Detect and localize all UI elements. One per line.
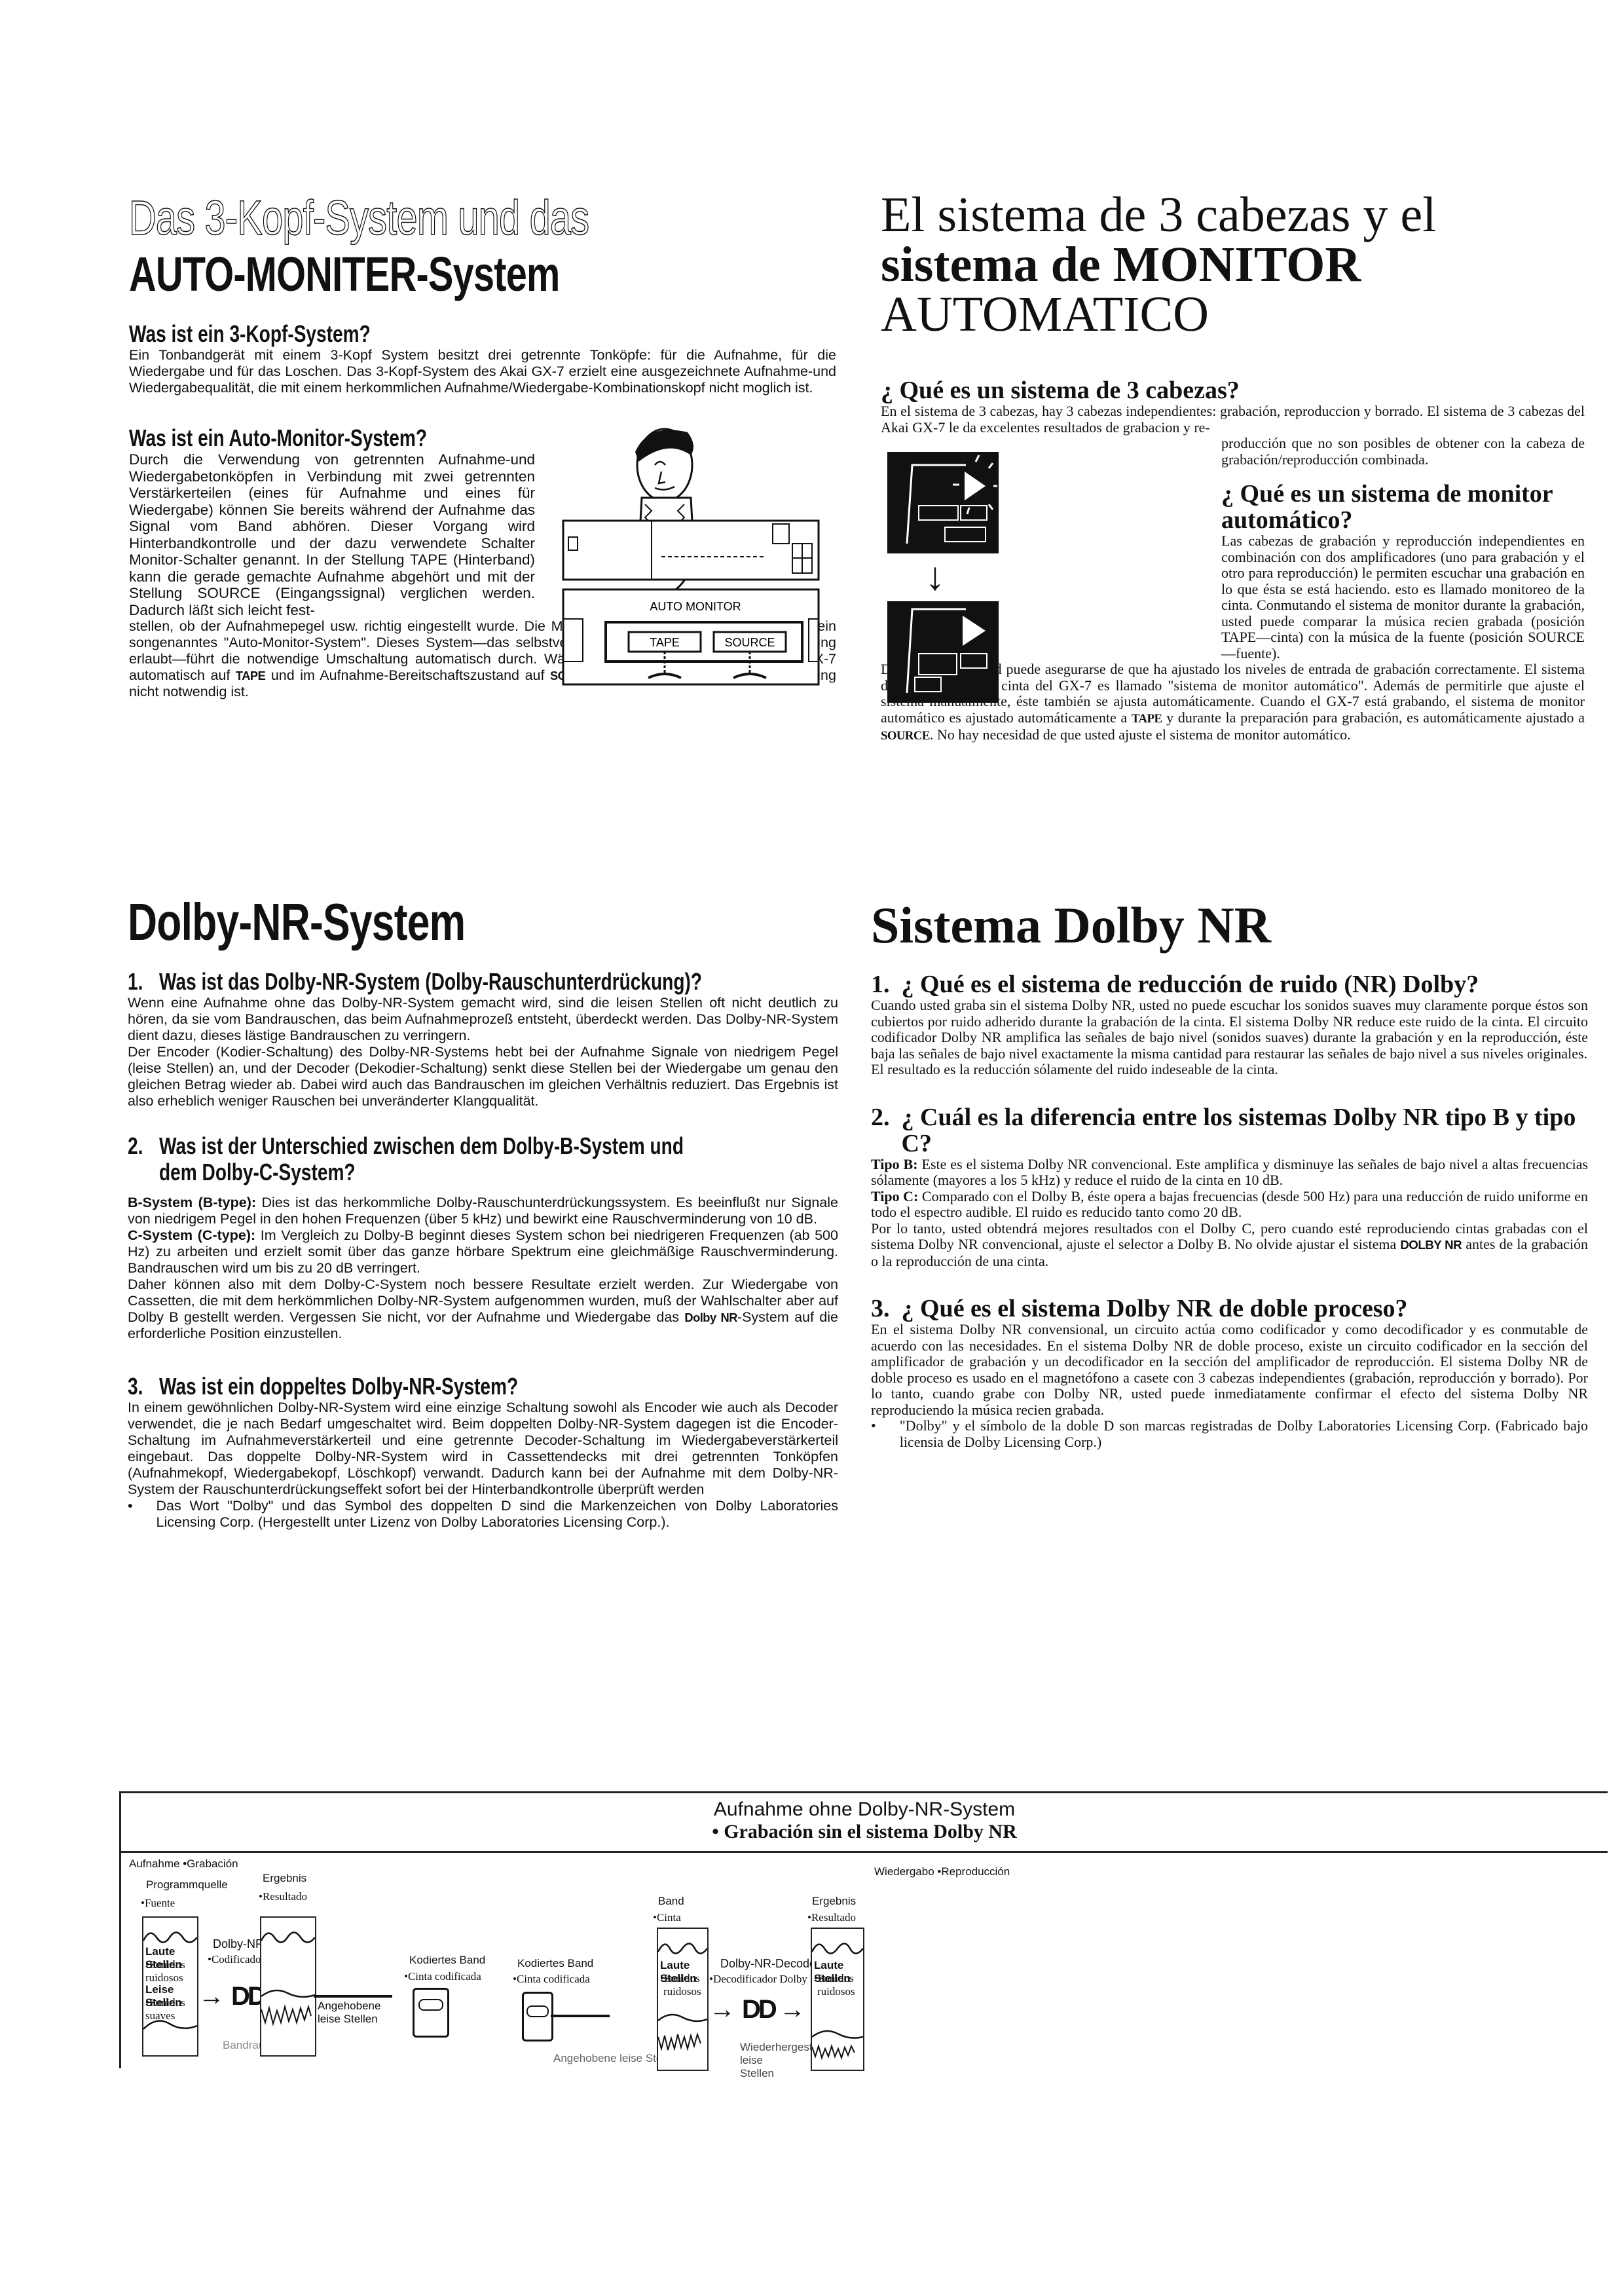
- loud-label-es: •Sonidos ruidosos: [145, 1958, 197, 1985]
- spanish-s1-heading: ¿ Qué es el sistema de reducción de ruid…: [902, 971, 1479, 997]
- german-dolby-title: Dolby-NR-System: [128, 894, 682, 950]
- encoded-result-box: [260, 1916, 316, 2057]
- german-q2-body-narrow: Durch die Verwendung von getrennten Aufn…: [129, 451, 535, 618]
- tape-label-es: •Cinta: [653, 1911, 681, 1924]
- monitor-display-illustration: ↓: [881, 452, 1116, 720]
- diagram-title-spanish: • Grabación sin el sistema Dolby NR: [121, 1821, 1608, 1843]
- german-s2-c-system: C-System (C-type): Im Vergleich zu Dolby…: [128, 1227, 838, 1277]
- spanish-s3-p1: En el sistema Dolby NR convensional, un …: [871, 1322, 1588, 1418]
- diagram-title-german: Aufnahme ohne Dolby-NR-System: [121, 1793, 1608, 1821]
- spanish-q2-text-2: y durante la preparación para grabación,…: [1166, 709, 1585, 726]
- spanish-s3-number: 3.: [871, 1296, 890, 1322]
- spanish-tipo-c-label: Tipo C:: [871, 1188, 918, 1204]
- spanish-s2-number: 2.: [871, 1104, 890, 1157]
- soft-label-es: •Sonidos suaves: [145, 1996, 197, 2023]
- down-arrow-icon: ↓: [925, 557, 945, 596]
- spanish-s1-p1: Cuando usted graba sin el sistema Dolby …: [871, 997, 1588, 1062]
- german-s2-heading: Was ist der Unterschied zwischen dem Dol…: [159, 1133, 689, 1185]
- signal-line-playback: [551, 2015, 610, 2017]
- german-s3-p1: In einem gewöhnlichen Dolby-NR-System wi…: [128, 1400, 838, 1498]
- decoder-label-es: •Decodificador Dolby NR: [709, 1973, 826, 1986]
- result-label-de: Ergebnis: [263, 1872, 306, 1885]
- raised-soft-label-de: Angehobene leise Stellen: [318, 2000, 383, 2026]
- final-loud-label-es-a: •Sonidos: [814, 1972, 854, 1985]
- spanish-title-line3: AUTOMATICO: [881, 289, 1585, 339]
- final-result-label-es: •Resultado: [807, 1911, 856, 1924]
- coded-tape-label-es: •Cinta codificada: [404, 1970, 481, 1983]
- german-q1-body: Ein Tonbandgerät mit einem 3-Kopf System…: [129, 347, 836, 396]
- man-at-deck-icon: AUTO MONITOR TAPE SOURCE: [557, 426, 832, 701]
- source-signal-box: Laute Stellen •Sonidos ruidosos Leise St…: [142, 1916, 198, 2057]
- german-trademark-footnote: • Das Wort "Dolby" und das Symbol des do…: [128, 1498, 838, 1531]
- spanish-s3-heading-row: 3. ¿ Qué es el sistema Dolby NR de doble…: [871, 1296, 1588, 1322]
- german-s2-number: 2.: [128, 1133, 143, 1185]
- tape-waveform-icon: [658, 1929, 707, 2070]
- tape-display-icon: [887, 601, 999, 703]
- final-waveform-icon: [812, 1929, 863, 2070]
- spanish-title-line2: sistema de MONITOR: [881, 240, 1585, 289]
- spanish-trademark-footnote: • "Dolby" y el símbolo de la doble D son…: [871, 1418, 1588, 1450]
- result-label-es: •Resultado: [259, 1890, 307, 1903]
- german-s2-p3: Daher können also mit dem Dolby-C-System…: [128, 1277, 838, 1342]
- german-b-system-label: B-System (B-type):: [128, 1195, 256, 1210]
- cassette-icon-record: [413, 1988, 449, 2038]
- recording-label: Aufnahme •Grabación: [129, 1857, 238, 1871]
- encoded-waveform-icon: [261, 1918, 315, 2055]
- coded-tape-label-de: Kodiertes Band: [409, 1954, 485, 1967]
- spanish-tipo-b-text: Este es el sistema Dolby NR convencional…: [871, 1156, 1588, 1189]
- source-label-de: Programmquelle: [146, 1878, 228, 1892]
- spanish-q2-text-3: . No hay necesidad de que usted ajuste e…: [930, 726, 1351, 743]
- german-dolby-section: Dolby-NR-System 1. Was ist das Dolby-NR-…: [128, 894, 838, 1531]
- spanish-tipo-c-text: Comparado con el Dolby B, éste opera a b…: [871, 1188, 1588, 1221]
- footnote-bullet: •: [871, 1418, 876, 1450]
- source-button-label: SOURCE: [724, 636, 775, 649]
- signal-line-record: [314, 1995, 392, 1998]
- spanish-s1-p2: El resultado es la reducción sólamente d…: [871, 1062, 1588, 1078]
- german-s3-heading: Was ist ein doppeltes Dolby-NR-System?: [159, 1373, 518, 1400]
- spanish-title-line1: El sistema de 3 cabezas y el: [881, 190, 1585, 240]
- dolby-recording-diagram: Aufnahme ohne Dolby-NR-System • Grabació…: [119, 1791, 1608, 2068]
- german-footnote-text: Das Wort "Dolby" und das Symbol des dopp…: [157, 1498, 838, 1531]
- spanish-footnote-text: "Dolby" y el símbolo de la doble D son m…: [900, 1418, 1588, 1450]
- spanish-s2-heading: ¿ Cuál es la diferencia entre los sistem…: [902, 1104, 1589, 1157]
- spanish-q2-heading: ¿ Qué es un sistema de monitor automátic…: [1221, 481, 1585, 533]
- tape-signal-box: Laute Stellen •Sonidos ruidosos: [657, 1928, 709, 2071]
- german-s2-b-system: B-System (B-type): Dies ist das herkomml…: [128, 1195, 838, 1227]
- auto-monitor-panel-label: AUTO MONITOR: [650, 600, 741, 613]
- source-label-es: •Fuente: [141, 1897, 175, 1910]
- spanish-tipo-b-label: Tipo B:: [871, 1156, 918, 1172]
- tape-loud-label-es-a: •Sonidos: [660, 1972, 700, 1985]
- spanish-dolby-nr-keyword: DOLBY NR: [1400, 1238, 1462, 1252]
- diagram-title-box: Aufnahme ohne Dolby-NR-System • Grabació…: [121, 1793, 1608, 1853]
- dolby-double-d-icon: DD: [231, 1990, 264, 2003]
- display-panel-top: [887, 452, 999, 553]
- spanish-keyword-source: SOURCE: [881, 729, 930, 743]
- final-result-box: Laute Stellen •Sonidos ruidosos: [811, 1928, 864, 2071]
- restored-soft-label-de: Wiederhergestellte leise Stellen: [740, 2041, 792, 2080]
- german-title-line1: Das 3-Kopf-System und das: [129, 190, 680, 246]
- german-c-system-label: C-System (C-type):: [128, 1227, 255, 1243]
- german-s1-p1: Wenn eine Aufnahme ohne das Dolby-NR-Sys…: [128, 995, 838, 1044]
- spanish-q2-body-narrow: Las cabezas de grabación y reproducción …: [1221, 533, 1585, 662]
- cassette-icon-playback: [522, 1992, 553, 2041]
- spanish-q1-body-wide: En el sistema de 3 cabezas, hay 3 cabeza…: [881, 403, 1585, 436]
- source-display-icon: [887, 452, 999, 553]
- footnote-bullet: •: [128, 1498, 133, 1531]
- spanish-s2-tipo-c: Tipo C: Comparado con el Dolby B, éste o…: [871, 1189, 1588, 1221]
- tape-loud-label-es-b: ruidosos: [663, 1985, 701, 1998]
- playback-label: Wiedergabo •Reproducción: [874, 1865, 1010, 1878]
- encoder-arrow-in: →: [198, 1990, 225, 2003]
- german-s3-heading-row: 3. Was ist ein doppeltes Dolby-NR-System…: [128, 1373, 838, 1400]
- german-s1-p2: Der Encoder (Kodier-Schaltung) des Dolby…: [128, 1044, 838, 1109]
- spanish-s2-tipo-b: Tipo B: Este es el sistema Dolby NR conv…: [871, 1157, 1588, 1189]
- decoder-arrow-out: →: [779, 2003, 805, 2016]
- spanish-dolby-title: Sistema Dolby NR: [871, 894, 1588, 957]
- german-title-line2: AUTO-MONITER-System: [129, 246, 680, 303]
- spanish-q1-heading: ¿ Qué es un sistema de 3 cabezas?: [881, 377, 1585, 403]
- spanish-s2-heading-row: 2. ¿ Cuál es la diferencia entre los sis…: [871, 1104, 1588, 1157]
- german-s1-heading: Was ist das Dolby-NR-System (Dolby-Rausc…: [159, 969, 702, 995]
- spanish-s3-heading: ¿ Qué es el sistema Dolby NR de doble pr…: [902, 1296, 1408, 1322]
- coded-tape-label-de-playback: Kodiertes Band: [517, 1957, 593, 1970]
- german-q1-heading: Was ist ein 3-Kopf-System?: [129, 321, 680, 347]
- spanish-s2-p3: Por lo tanto, usted obtendrá mejores res…: [871, 1221, 1588, 1270]
- german-keyword-tape: TAPE: [236, 669, 265, 682]
- german-q2-text-2: und im Aufnahme-Bereitschaftszustand auf: [271, 667, 545, 683]
- dolby-double-d-icon-decoder: DD: [742, 2003, 775, 2016]
- decoder-arrow-in: →: [709, 2003, 735, 2016]
- german-s3-number: 3.: [128, 1373, 143, 1400]
- german-dolby-nr-keyword: Dolby NR: [684, 1311, 737, 1324]
- coded-tape-label-es-playback: •Cinta codificada: [513, 1973, 590, 1986]
- german-s1-heading-row: 1. Was ist das Dolby-NR-System (Dolby-Ra…: [128, 969, 838, 995]
- display-panel-bottom: [887, 601, 999, 703]
- tape-button-label: TAPE: [650, 636, 680, 649]
- cassette-deck-illustration: AUTO MONITOR TAPE SOURCE: [557, 426, 832, 701]
- spanish-q1-body-narrow: producción que no son posibles de obtene…: [1221, 436, 1585, 468]
- decoder-label-de: Dolby-NR-Decoder: [720, 1957, 820, 1970]
- tape-label-de: Band: [658, 1895, 684, 1908]
- final-result-label-de: Ergebnis: [812, 1895, 856, 1908]
- spanish-dolby-section: Sistema Dolby NR 1. ¿ Qué es el sistema …: [871, 894, 1588, 1450]
- spanish-s1-number: 1.: [871, 971, 890, 997]
- final-loud-label-es-b: ruidosos: [817, 1985, 855, 1998]
- german-s1-number: 1.: [128, 969, 143, 995]
- german-s2-heading-row: 2. Was ist der Unterschied zwischen dem …: [128, 1133, 838, 1185]
- spanish-keyword-tape: TAPE: [1132, 712, 1162, 726]
- spanish-s1-heading-row: 1. ¿ Qué es el sistema de reducción de r…: [871, 971, 1588, 997]
